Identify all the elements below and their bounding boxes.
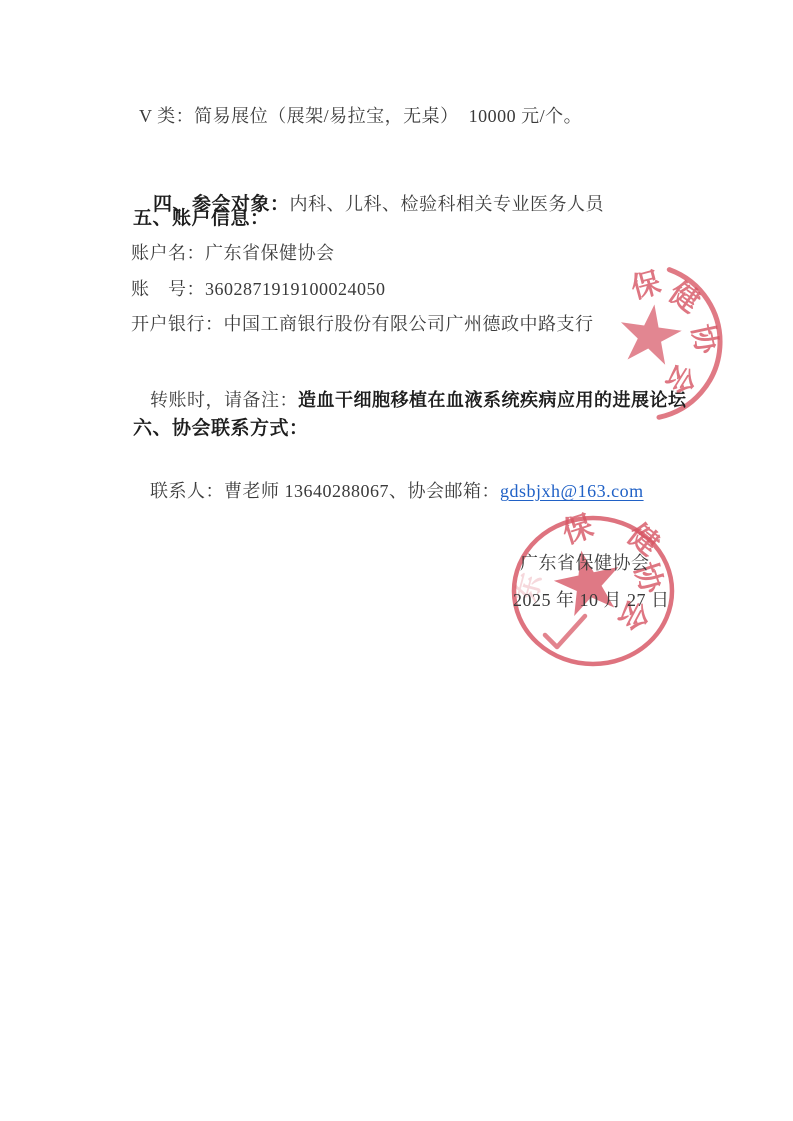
transfer-note-text: 造血干细胞移植在血液系统疾病应用的进展论坛: [298, 390, 687, 410]
section-4-attendees-line: 四、参会对象：内科、儿科、检验科相关专业医务人员: [133, 165, 604, 244]
email-link[interactable]: gdsbjxh@163.com: [500, 481, 644, 501]
seal-star-icon: ★: [540, 528, 635, 638]
account-name-line: 账户名：广东省保健协会: [131, 240, 335, 266]
account-number-line: 账 号：3602871919100024050: [131, 276, 386, 302]
section-6-contact-heading: 六、协会联系方式：: [133, 416, 309, 442]
section-4-text: 内科、儿科、检验科相关专业医务人员: [290, 194, 605, 214]
contact-prefix: 联系人：曹老师 13640288067、协会邮箱：: [150, 481, 500, 501]
signature-organization: 广东省保健协会: [520, 550, 650, 576]
document-page: 保 健 协 会 ★ 保 健 协 会 东 ★ V 类：简易展位（展架/易拉宝，无桌…: [0, 0, 793, 1121]
contact-line: 联系人：曹老师 13640288067、协会邮箱：gdsbjxh@163.com: [130, 452, 644, 530]
signature-date: 2025 年 10 月 27 日: [513, 587, 670, 613]
booth-class-v-line: V 类：简易展位（展架/易拉宝，无桌） 10000 元/个。: [139, 103, 582, 129]
transfer-note-prefix: 转账时，请备注：: [150, 390, 298, 410]
section-5-account-heading: 五、账户信息：: [133, 206, 270, 232]
bank-line: 开户银行：中国工商银行股份有限公司广州德政中路支行: [131, 311, 594, 337]
